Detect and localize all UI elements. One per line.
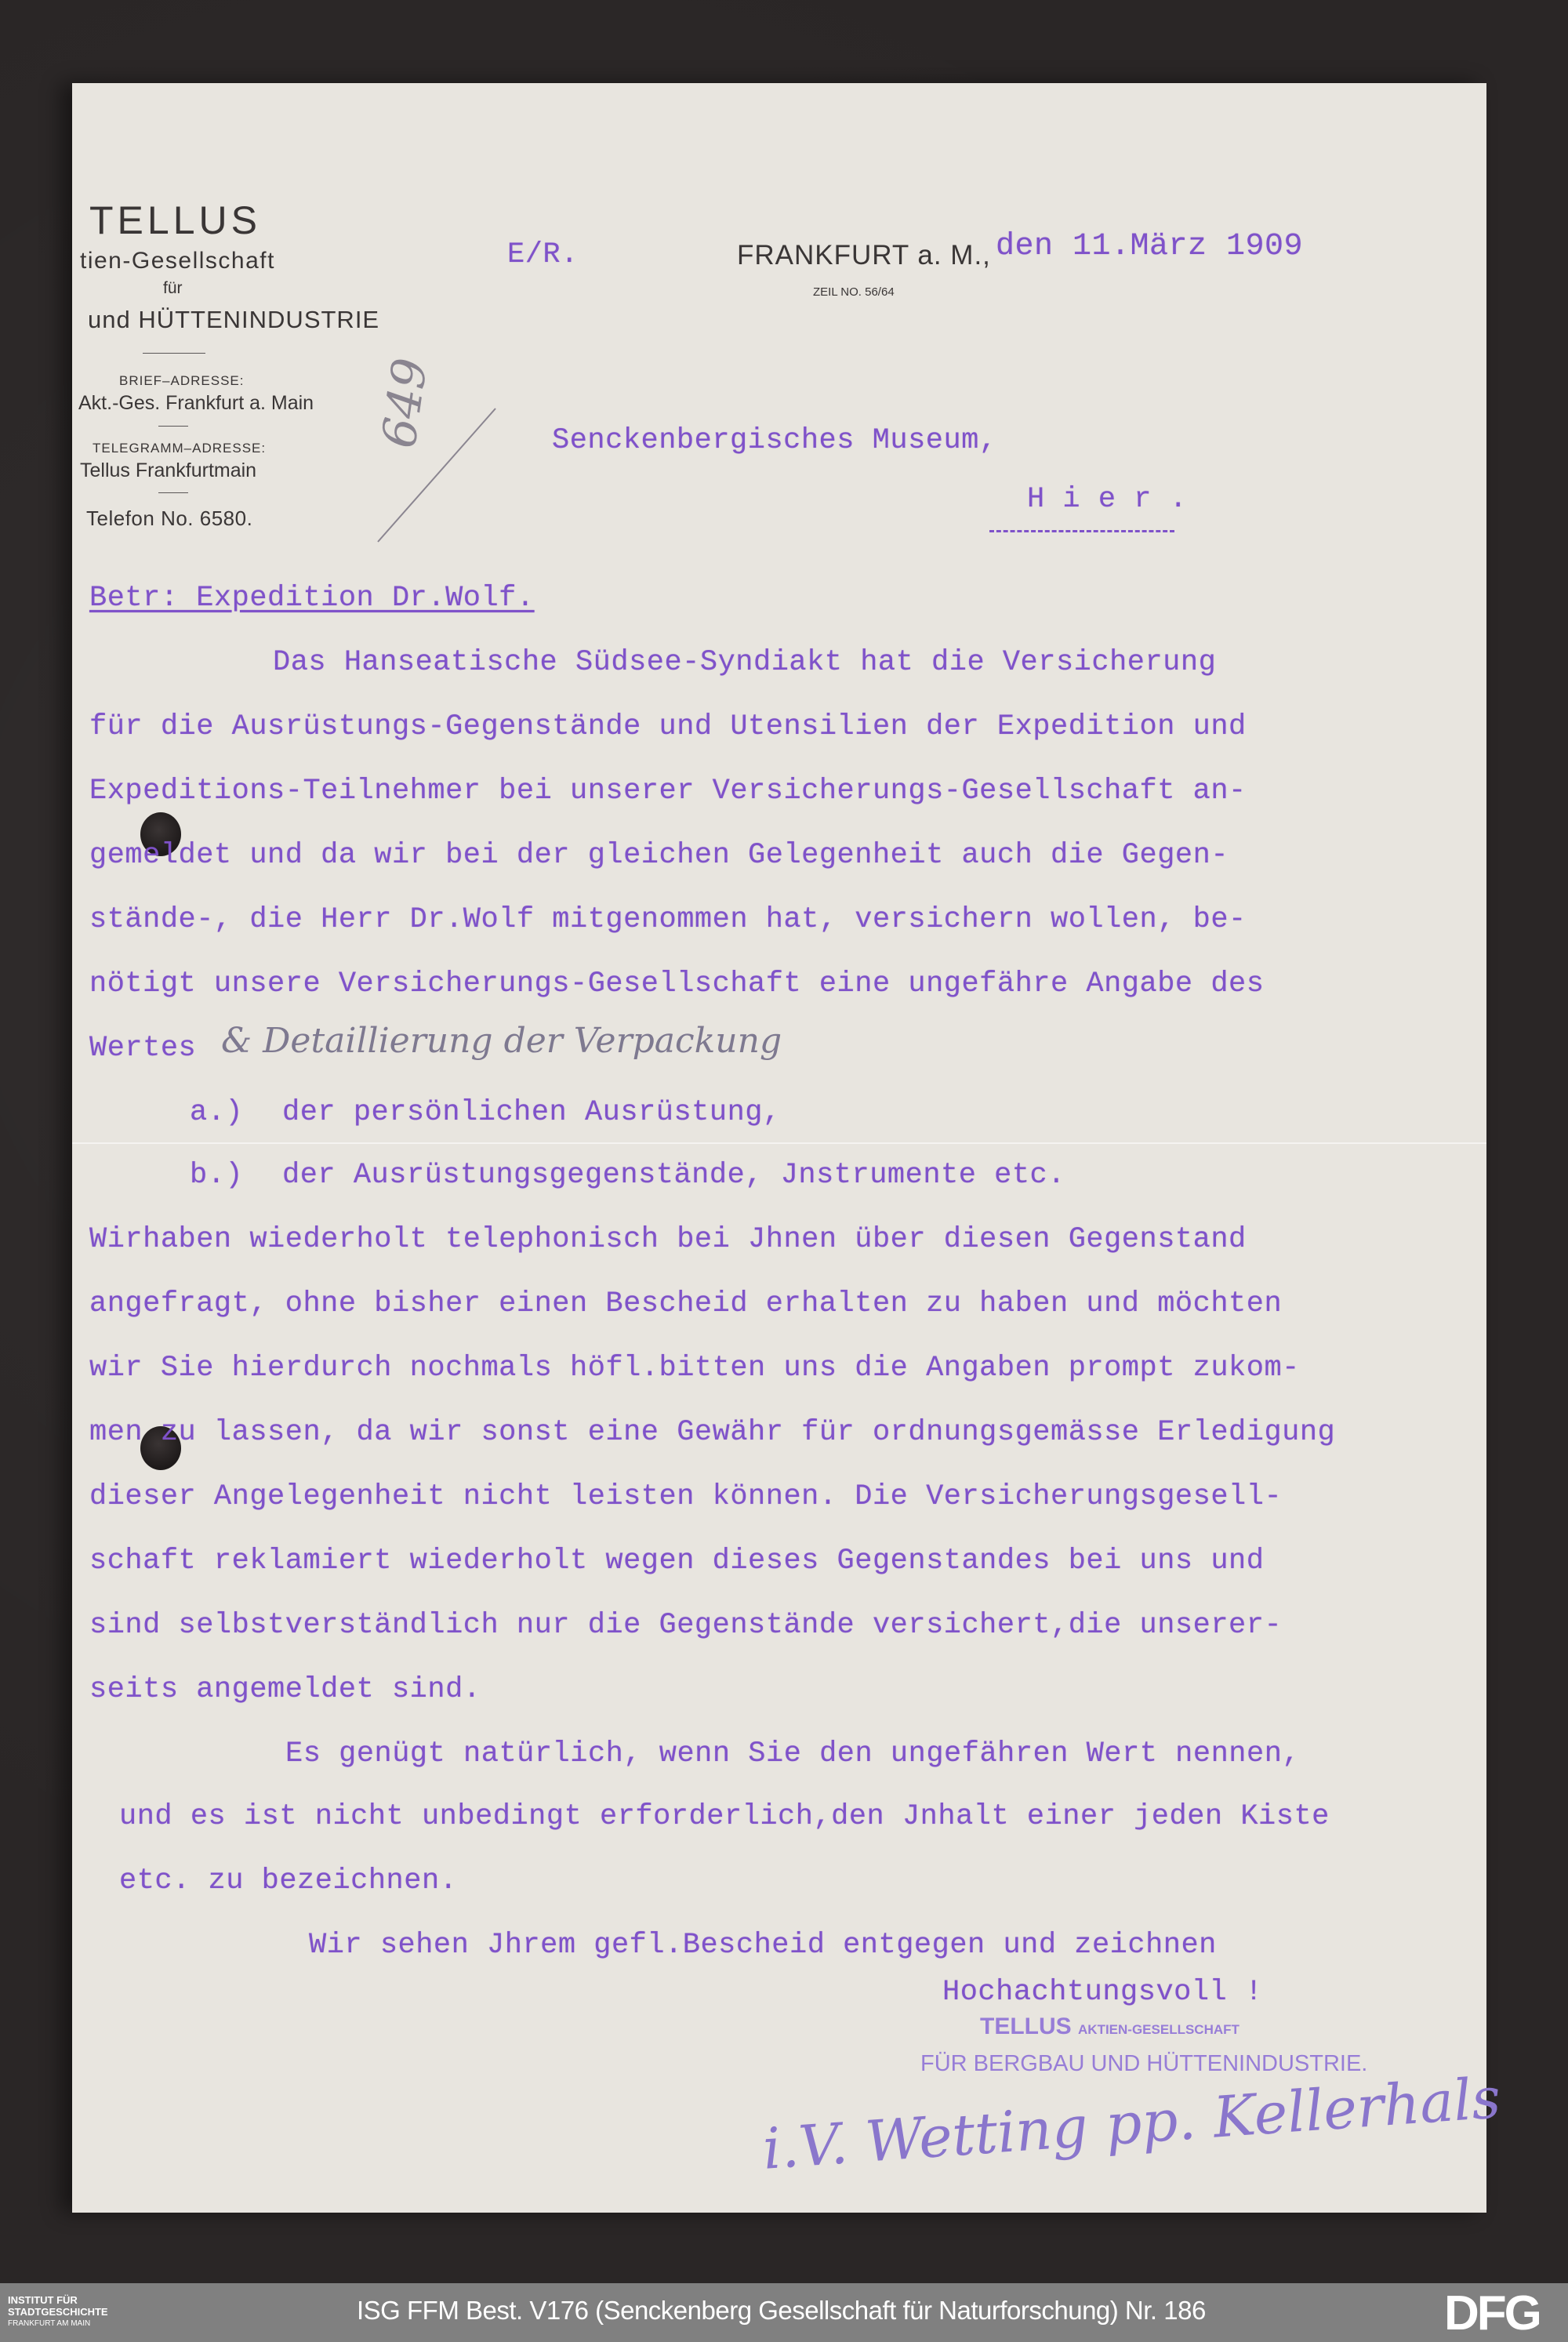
company-industry: und HÜTTENINDUSTRIE xyxy=(88,306,379,334)
telegram-address-value: Tellus Frankfurtmain xyxy=(80,459,256,482)
body-line: sind selbstverständlich nur die Gegenstä… xyxy=(89,1609,1282,1642)
body-line: Expeditions-Teilnehmer bei unserer Versi… xyxy=(89,775,1247,808)
body-line: nötigt unsere Versicherungs-Gesellschaft… xyxy=(89,968,1264,1000)
letter-date: den 11.März 1909 xyxy=(996,229,1303,264)
list-item-text: der persönlichen Ausrüstung, xyxy=(282,1096,781,1129)
archive-citation: ISG FFM Best. V176 (Senckenberg Gesellsc… xyxy=(357,2296,1206,2326)
recipient-location: H i e r . xyxy=(1027,483,1187,516)
brief-address-value: Akt.-Ges. Frankfurt a. Main xyxy=(78,392,314,415)
letter-page: TELLUS tien-Gesellschaft für und HÜTTENI… xyxy=(72,83,1486,2213)
list-item-marker: b.) xyxy=(190,1159,243,1192)
telephone: Telefon No. 6580. xyxy=(86,507,252,531)
body-line: dieser Angelegenheit nicht leisten könne… xyxy=(89,1480,1282,1513)
body-line: und es ist nicht unbedingt erforderlich,… xyxy=(119,1800,1330,1833)
company-name: TELLUS xyxy=(89,198,261,243)
body-line: schaft reklamiert wiederholt wegen diese… xyxy=(89,1545,1264,1578)
archive-slash-icon xyxy=(374,405,499,546)
body-line: stände-, die Herr Dr.Wolf mitgenommen ha… xyxy=(89,903,1247,936)
divider xyxy=(143,353,205,354)
location-underline xyxy=(989,530,1174,532)
body-line: Es genügt natürlich, wenn Sie den ungefä… xyxy=(285,1737,1300,1770)
body-line: für die Ausrüstungs-Gegenstände und Uten… xyxy=(89,710,1247,743)
subject-line: Betr: Expedition Dr.Wolf. xyxy=(89,582,535,615)
body-line: seits angemeldet sind. xyxy=(89,1673,481,1706)
page-fold-line xyxy=(72,1142,1486,1144)
letterhead-city: FRANKFURT a. M., xyxy=(737,240,991,271)
signature: i.V. Wetting pp. Kellerhals xyxy=(760,2064,1502,2182)
divider xyxy=(158,492,188,493)
letterhead-street: ZEIL NO. 56/64 xyxy=(813,285,895,299)
closing-line: Wir sehen Jhrem gefl.Bescheid entgegen u… xyxy=(309,1929,1217,1962)
list-item-text: der Ausrüstungsgegenstände, Jnstrumente … xyxy=(282,1159,1065,1192)
body-line: Wertes xyxy=(89,1032,196,1065)
dfg-logo-icon: DFG xyxy=(1444,2289,1540,2338)
telegram-address-label: TELEGRAMM–ADRESSE: xyxy=(93,441,266,456)
body-line: men zu lassen, da wir sonst eine Gewähr … xyxy=(89,1416,1335,1449)
brief-address-label: BRIEF–ADRESSE: xyxy=(119,373,245,389)
institute-logo: INSTITUT FÜR STADTGESCHICHTE FRANKFURT A… xyxy=(8,2294,108,2329)
body-line: gemeldet und da wir bei der gleichen Gel… xyxy=(89,839,1229,872)
institute-line: STADTGESCHICHTE xyxy=(8,2306,108,2318)
divider xyxy=(158,426,188,427)
body-line: angefragt, ohne bisher einen Bescheid er… xyxy=(89,1287,1282,1320)
company-stamp-title: TELLUS AKTIEN-GESELLSCHAFT xyxy=(980,2013,1240,2040)
stamp-company-industry: FÜR BERGBAU UND HÜTTENINDUSTRIE. xyxy=(920,2051,1367,2077)
list-item-marker: a.) xyxy=(190,1096,243,1129)
body-line: Wirhaben wiederholt telephonisch bei Jhn… xyxy=(89,1223,1247,1256)
recipient-name: Senckenbergisches Museum, xyxy=(552,424,997,457)
body-line: wir Sie hierdurch nochmals höfl.bitten u… xyxy=(89,1352,1300,1385)
stamp-company-type: AKTIEN-GESELLSCHAFT xyxy=(1078,2022,1240,2037)
archive-footer: INSTITUT FÜR STADTGESCHICHTE FRANKFURT A… xyxy=(0,2283,1568,2342)
company-fuer: für xyxy=(163,279,183,298)
body-line: etc. zu bezeichnen. xyxy=(119,1865,457,1897)
institute-city: FRANKFURT AM MAIN xyxy=(8,2318,108,2329)
reference-code: E/R. xyxy=(507,238,579,271)
institute-line: INSTITUT FÜR xyxy=(8,2294,108,2306)
stamp-company-name: TELLUS xyxy=(980,2013,1072,2039)
company-type: tien-Gesellschaft xyxy=(80,248,275,274)
salutation: Hochachtungsvoll ! xyxy=(942,1976,1263,2009)
body-line: Das Hanseatische Südsee-Syndiakt hat die… xyxy=(273,646,1216,679)
handwritten-insert: & Detaillierung der Verpackung xyxy=(221,1021,782,1061)
